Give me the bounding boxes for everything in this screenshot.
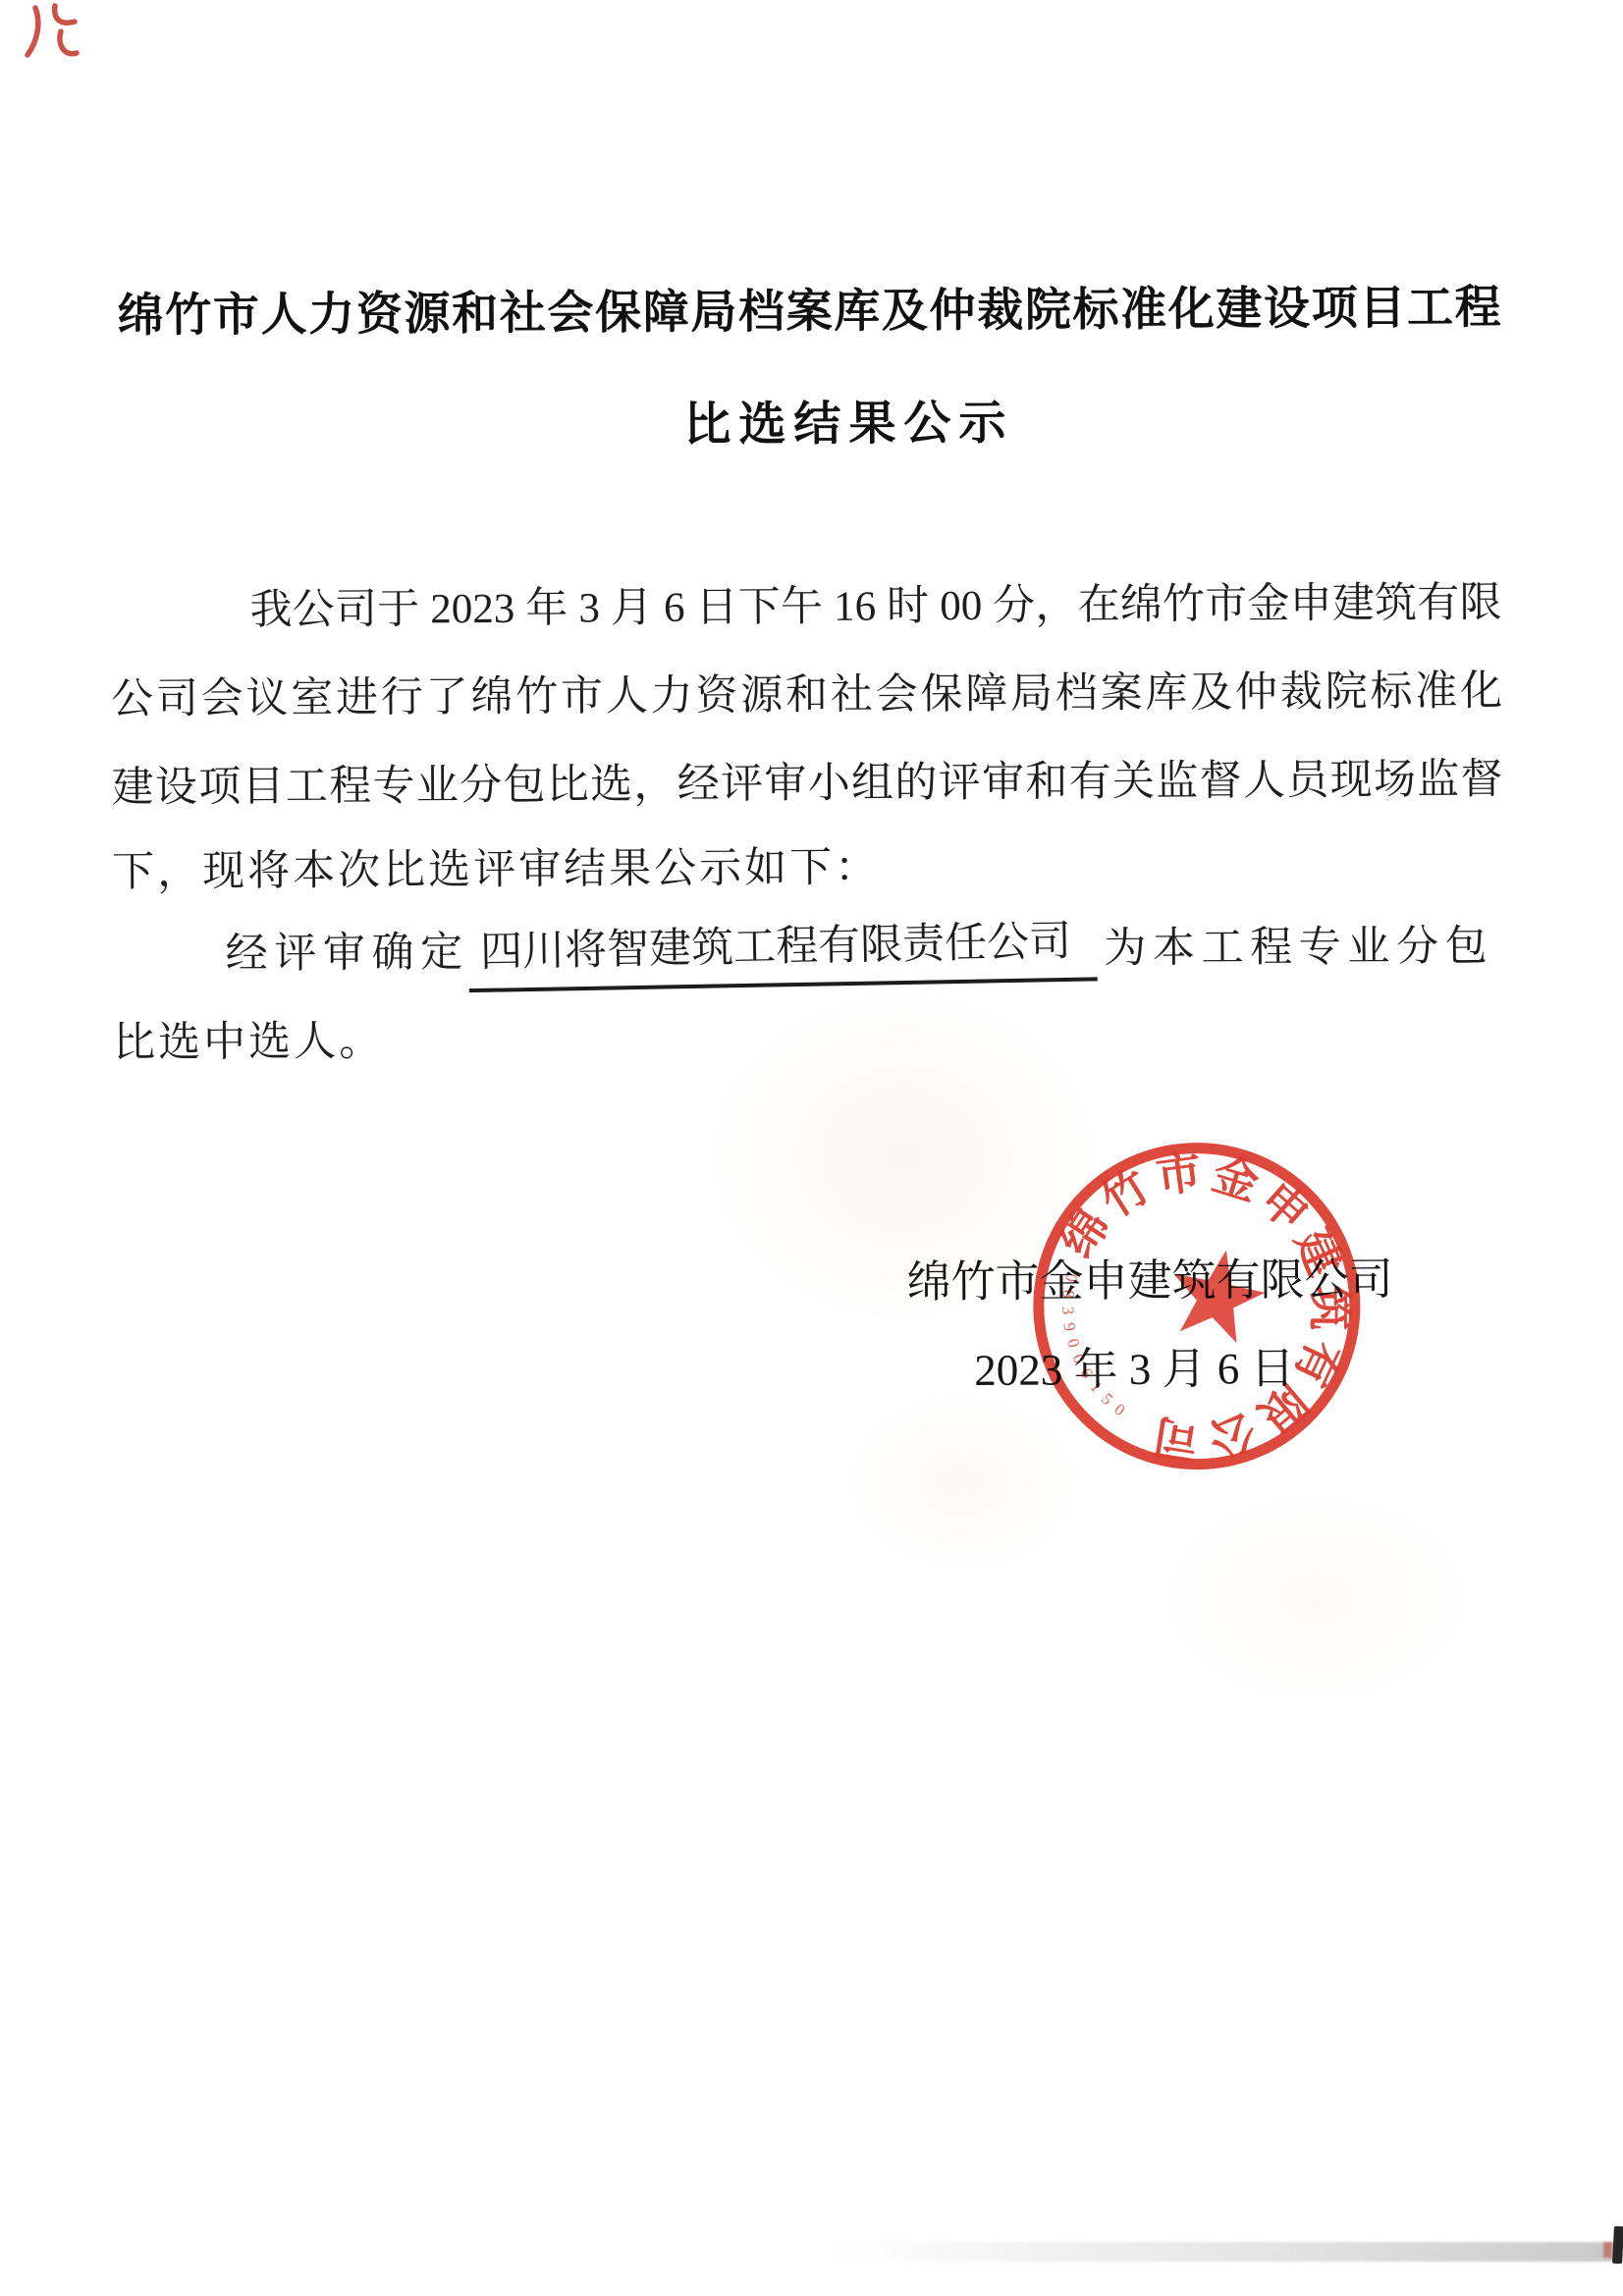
scan-corner-mark [1612, 2226, 1623, 2264]
body-line-2: 公司会议室进行了绵竹市人力资源和社会保障局档案库及仲裁院标准化 [111, 666, 1502, 726]
body-line-1: 我公司于 2023 年 3 月 6 日下午 16 时 00 分，在绵竹市金申建筑… [249, 577, 1501, 638]
scan-red-smudge [1603, 2242, 1612, 2258]
winning-company-underlined: 四川将智建筑工程有限责任公司 [468, 915, 1098, 991]
document-content: 绵竹市人力资源和社会保障局档案库及仲裁院标准化建设项目工程 比选结果公示 我公司… [0, 0, 1623, 2296]
document-title: 绵竹市人力资源和社会保障局档案库及仲裁院标准化建设项目工程 [118, 281, 1502, 345]
scan-edge-smudge [835, 2242, 1623, 2262]
line5-prefix: 经评审确定 [226, 930, 469, 978]
seal-star-icon [1163, 1241, 1272, 1347]
line5-suffix: 为本工程专业分包 [1098, 924, 1488, 972]
body-line-3: 建设项目工程专业分包比选，经评审小组的评审和有关监督人员现场监督 [111, 754, 1502, 815]
document-subtitle: 比选结果公示 [683, 396, 1013, 454]
company-seal-stamp: 绵竹市金申建筑有限公司 0839006150 [1019, 1129, 1375, 1484]
body-line-6: 比选中选人。 [113, 1016, 384, 1070]
scanned-document-page: 绵竹市人力资源和社会保障局档案库及仲裁院标准化建设项目工程 比选结果公示 我公司… [0, 0, 1623, 2296]
body-line-4: 下，现将本次比选评审结果公示如下： [112, 842, 880, 900]
body-line-5: 经评审确定四川将智建筑工程有限责任公司为本工程专业分包 [225, 921, 1487, 994]
